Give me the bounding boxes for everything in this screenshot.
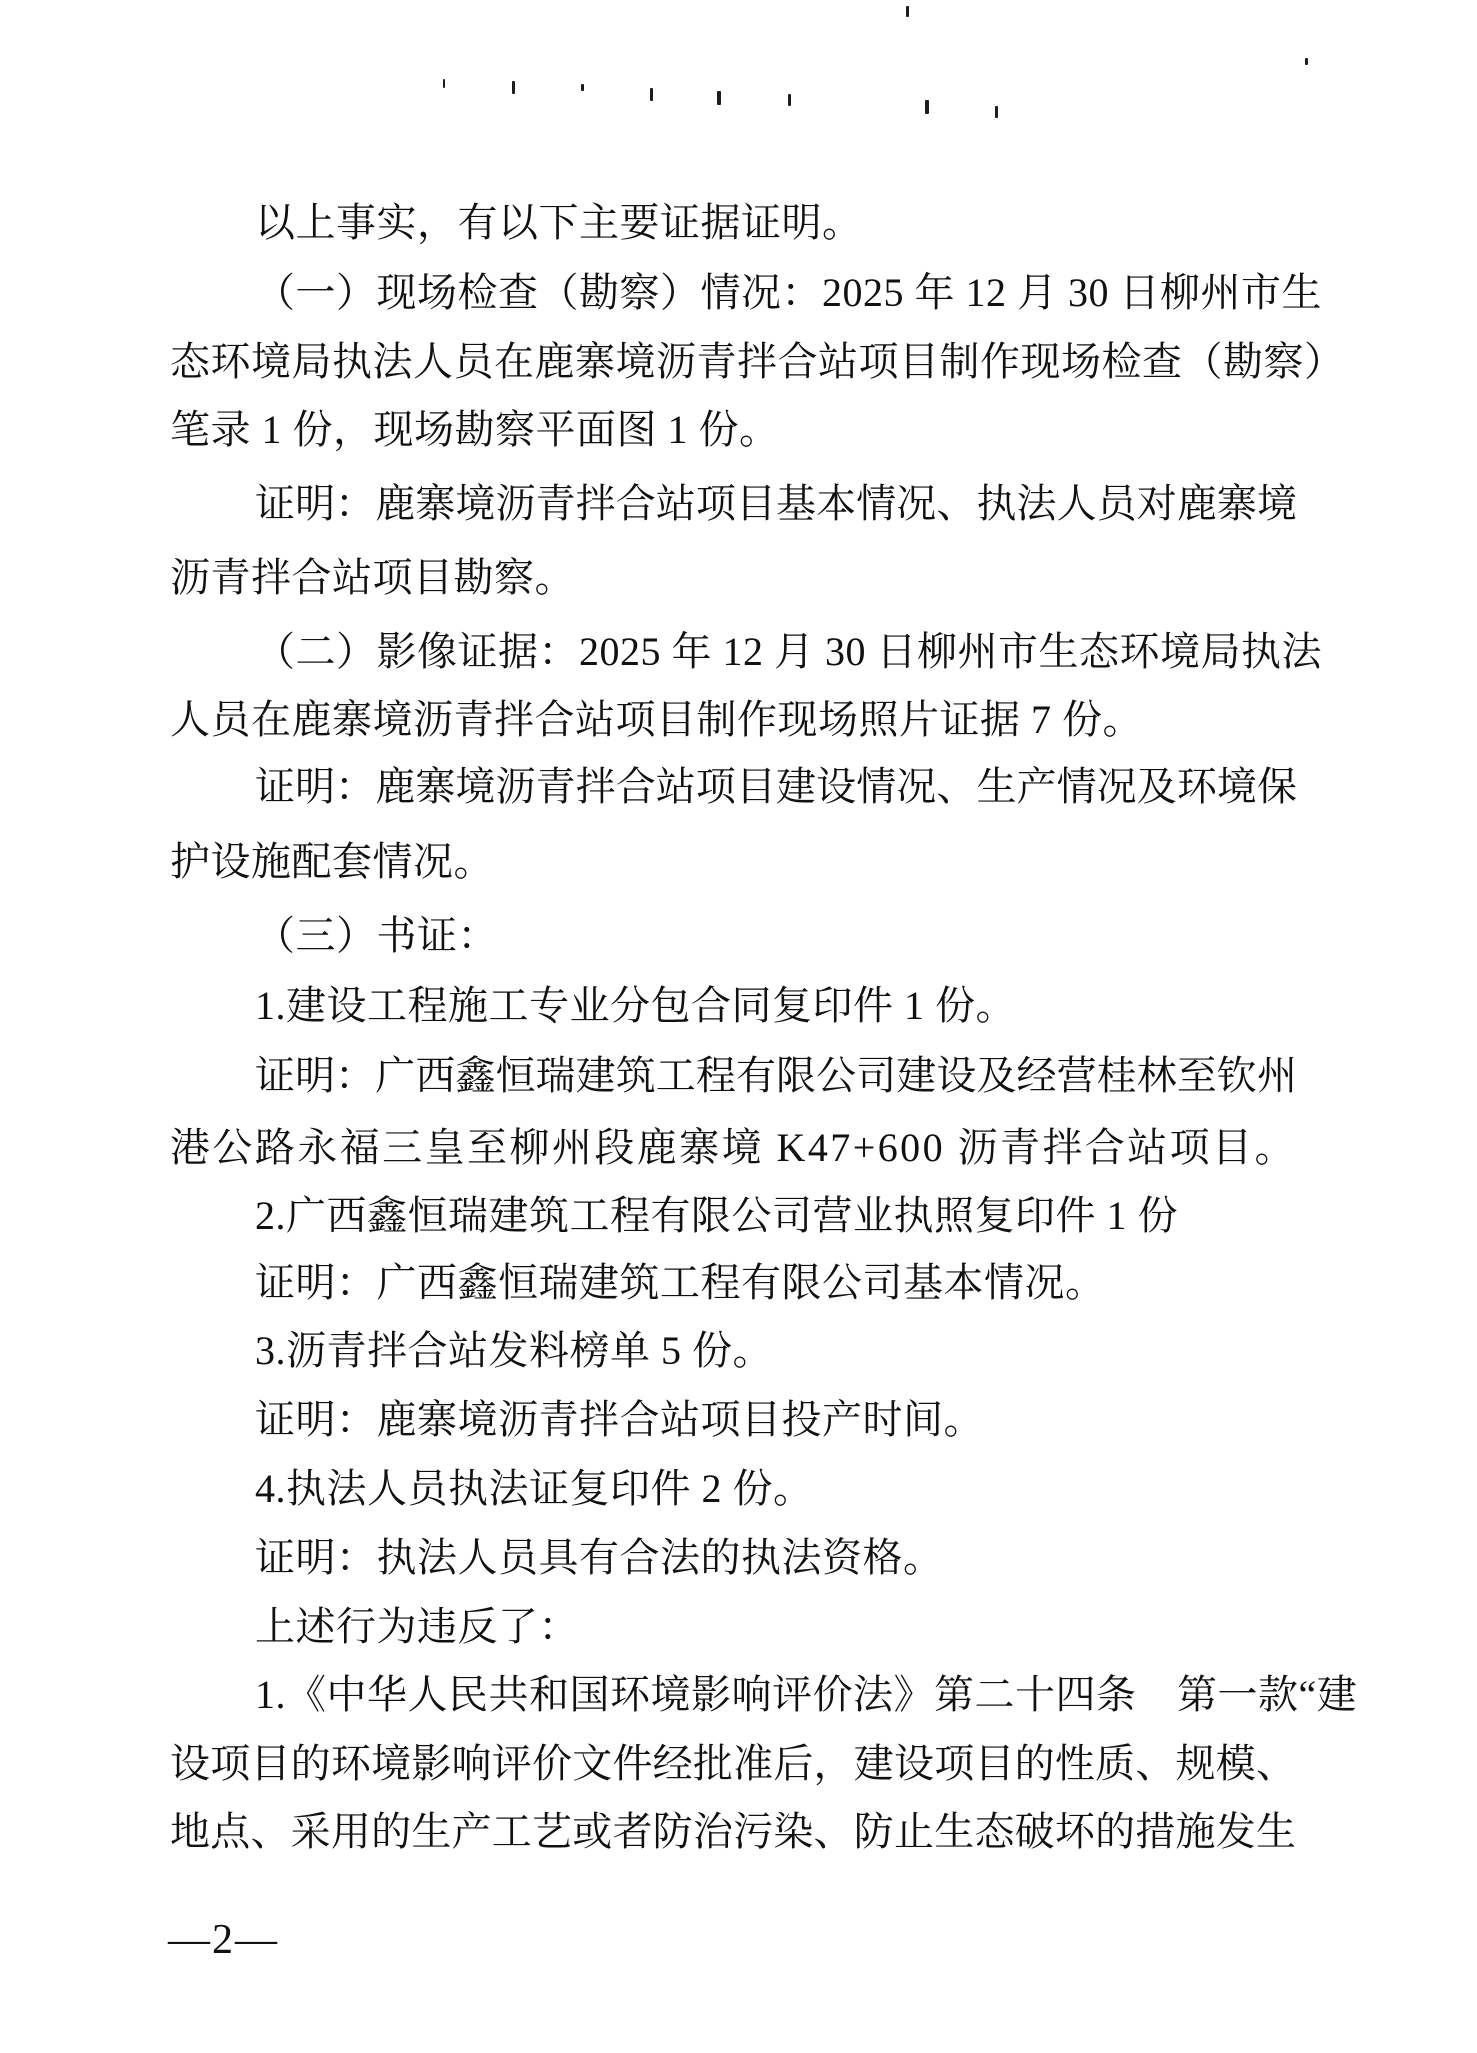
text-line: 沥青拌合站项目勘察。 <box>170 551 575 605</box>
text-line: （二）影像证据：2025 年 12 月 30 日柳州市生态环境局执法 <box>255 625 1322 679</box>
text-line: （一）现场检查（勘察）情况：2025 年 12 月 30 日柳州市生 <box>255 266 1322 320</box>
text-line: 证明：鹿寨境沥青拌合站项目建设情况、生产情况及环境保 <box>255 760 1297 814</box>
scan-speck <box>906 6 909 17</box>
scan-speck <box>717 91 721 105</box>
text-line: 1.《中华人民共和国环境影响评价法》第二十四条 第一款“建 <box>255 1668 1357 1722</box>
text-line: （三）书证： <box>255 909 498 963</box>
text-line: 笔录 1 份，现场勘察平面图 1 份。 <box>170 403 780 457</box>
text-line: 证明：鹿寨境沥青拌合站项目基本情况、执法人员对鹿寨境 <box>255 477 1297 531</box>
text-line: 人员在鹿寨境沥青拌合站项目制作现场照片证据 7 份。 <box>170 693 1143 747</box>
text-line: 设项目的环境影响评价文件经批准后，建设项目的性质、规模、 <box>170 1737 1296 1791</box>
text-line: 证明：广西鑫恒瑞建筑工程有限公司建设及经营桂林至钦州 <box>255 1049 1297 1103</box>
scan-speck <box>443 79 445 88</box>
text-line: 证明：鹿寨境沥青拌合站项目投产时间。 <box>255 1393 984 1447</box>
text-line: 3.沥青拌合站发料榜单 5 份。 <box>255 1324 773 1378</box>
text-line: 以上事实，有以下主要证据证明。 <box>255 196 863 250</box>
text-line: 地点、采用的生产工艺或者防治污染、防止生态破坏的措施发生 <box>170 1805 1296 1859</box>
text-line: 证明：执法人员具有合法的执法资格。 <box>255 1531 944 1585</box>
text-line: 4.执法人员执法证复印件 2 份。 <box>255 1462 814 1516</box>
scan-speck <box>925 100 929 114</box>
text-line: 护设施配套情况。 <box>170 835 494 889</box>
text-line: 1.建设工程施工专业分包合同复印件 1 份。 <box>255 979 1016 1033</box>
scan-speck <box>581 84 584 91</box>
page-number: —2— <box>168 1913 279 1967</box>
scan-speck <box>995 106 998 118</box>
text-line: 态环境局执法人员在鹿寨境沥青拌合站项目制作现场检查（勘察） <box>170 335 1345 389</box>
scan-speck <box>650 88 653 101</box>
scan-speck <box>1305 58 1308 65</box>
text-line: 上述行为违反了： <box>255 1600 579 1654</box>
scan-speck <box>788 94 791 106</box>
text-line: 2.广西鑫恒瑞建筑工程有限公司营业执照复印件 1 份 <box>255 1189 1178 1243</box>
text-line: 港公路永福三皇至柳州段鹿寨境 K47+600 沥青拌合站项目。 <box>170 1121 1297 1175</box>
text-line: 证明：广西鑫恒瑞建筑工程有限公司基本情况。 <box>255 1256 1106 1310</box>
scan-speck <box>512 81 515 94</box>
scanned-page: 以上事实，有以下主要证据证明。 （一）现场检查（勘察）情况：2025 年 12 … <box>0 0 1477 2053</box>
